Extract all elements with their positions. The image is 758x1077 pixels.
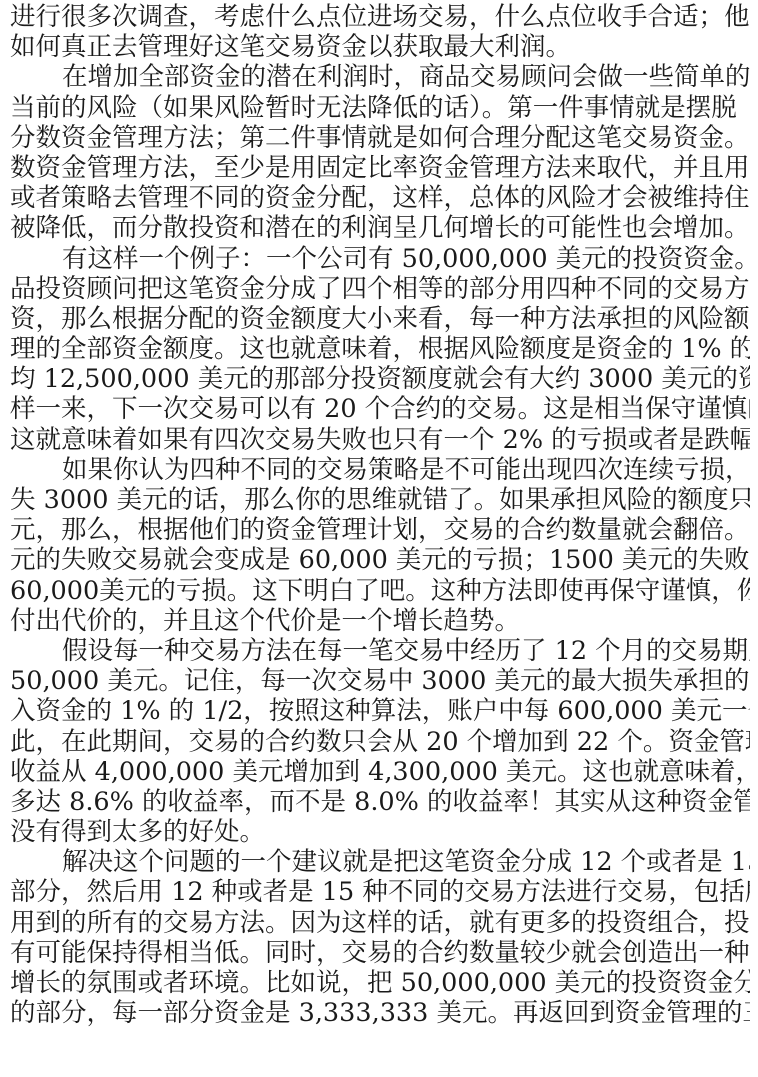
text-line: 有可能保持得相当低。同时，交易的合约数量较少就会创造出一种利润呈几何 — [10, 938, 750, 968]
text-line: 进行很多次调查，考虑什么点位进场交易，什么点位收手合适；他们不会去调查 — [10, 2, 750, 32]
text-line: 此，在此期间，交易的合约数只会从 20 个增加到 22 个。资金管理计划只会将 — [10, 727, 750, 757]
text-line: 数资金管理方法，至少是用固定比率资金管理方法来取代，并且用不同的方法 — [10, 153, 750, 183]
text-line: 没有得到太多的好处。 — [10, 817, 750, 847]
text-line: 解决这个问题的一个建议就是把这笔资金分成 12 个或者是 15 个相等的 — [10, 847, 750, 877]
text-line: 部分，然后用 12 种或者是 15 种不同的交易方法进行交易，包括所有投资市场 — [10, 877, 750, 907]
paragraph-2: 在增加全部资金的潜在利润时，商品交易顾问会做一些简单的事情以维持 当前的风险（如… — [10, 62, 750, 243]
paragraph-3: 有这样一个例子：一个公司有 50,000,000 美元的投资资金。如果一个商 品… — [10, 244, 750, 455]
text-line: 如果你认为四种不同的交易策略是不可能出现四次连续亏损，每个合约损 — [10, 455, 750, 485]
text-line: 有这样一个例子：一个公司有 50,000,000 美元的投资资金。如果一个商 — [10, 244, 750, 274]
paragraph-4: 如果你认为四种不同的交易策略是不可能出现四次连续亏损，每个合约损 失 3000 … — [10, 455, 750, 636]
document-page: 进行很多次调查，考虑什么点位进场交易，什么点位收手合适；他们不会去调查 如何真正… — [10, 2, 750, 1028]
text-line: 假设每一种交易方法在每一笔交易中经历了 12 个月的交易期后可以获利 — [10, 636, 750, 666]
text-line: 样一来，下一次交易可以有 20 个合约的交易。这是相当保守谨慎的交易办法， — [10, 394, 750, 424]
paragraph-6: 解决这个问题的一个建议就是把这笔资金分成 12 个或者是 15 个相等的 部分，… — [10, 847, 750, 1028]
text-line: 分数资金管理方法；第二件事情就是如何合理分配这笔交易资金。不用固定分 — [10, 123, 750, 153]
text-line: 的部分，每一部分资金是 3,333,333 美元。再返回到资金管理的三个时期，每 — [10, 998, 750, 1028]
text-line: 收益从 4,000,000 美元增加到 4,300,000 美元。这也就意味着，… — [10, 757, 750, 787]
text-line: 失 3000 美元的话，那么你的思维就错了。如果承担风险的额度只是 1500 美 — [10, 485, 750, 515]
text-line: 元的失败交易就会变成是 60,000 美元的亏损；1500 美元的失败交易也会是 — [10, 545, 750, 575]
text-line: 50,000 美元。记住，每一次交易中 3000 美元的最大损失承担的风险仅仅是… — [10, 666, 750, 696]
text-line: 品投资顾问把这笔资金分成了四个相等的部分用四种不同的交易方法进行投 — [10, 274, 750, 304]
text-line: 用到的所有的交易方法。因为这样的话，就有更多的投资组合，投资风险就更 — [10, 908, 750, 938]
paragraph-5: 假设每一种交易方法在每一笔交易中经历了 12 个月的交易期后可以获利 50,00… — [10, 636, 750, 847]
text-line: 被降低，而分散投资和潜在的利润呈几何增长的可能性也会增加。 — [10, 213, 750, 243]
text-line: 如何真正去管理好这笔交易资金以获取最大利润。 — [10, 32, 750, 62]
text-line: 入资金的 1% 的 1/2，按照这种算法，账户中每 600,000 美元一个合约… — [10, 696, 750, 726]
text-line: 多达 8.6% 的收益率，而不是 8.0% 的收益率！其实从这种资金管理方法中并 — [10, 787, 750, 817]
text-line: 当前的风险（如果风险暂时无法降低的话）。第一件事情就是摆脱（不用）固定 — [10, 93, 750, 123]
text-line: 理的全部资金额度。这也就意味着，根据风险额度是资金的 1% 的 1/2 来算，平 — [10, 334, 750, 364]
text-line: 付出代价的，并且这个代价是一个增长趋势。 — [10, 606, 750, 636]
text-line: 这就意味着如果有四次交易失败也只有一个 2% 的亏损或者是跌幅。 — [10, 425, 750, 455]
paragraph-1: 进行很多次调查，考虑什么点位进场交易，什么点位收手合适；他们不会去调查 如何真正… — [10, 2, 750, 62]
text-line: 60,000美元的亏损。这下明白了吧。这种方法即使再保守谨慎，你依旧会为此 — [10, 576, 750, 606]
text-line: 或者策略去管理不同的资金分配，这样，总体的风险才会被维持住，甚至是风险 — [10, 183, 750, 213]
text-line: 资，那么根据分配的资金额度大小来看，每一种方法承担的风险额度通常是管 — [10, 304, 750, 334]
text-line: 元，那么，根据他们的资金管理计划，交易的合约数量就会翻倍。因此，3000 美 — [10, 515, 750, 545]
text-line: 均 12,500,000 美元的那部分投资额度就会有大约 3000 美元的资金有… — [10, 364, 750, 394]
text-line: 增长的氛围或者环境。比如说，把 50,000,000 美元的投资资金分成 15 … — [10, 968, 750, 998]
text-line: 在增加全部资金的潜在利润时，商品交易顾问会做一些简单的事情以维持 — [10, 62, 750, 92]
